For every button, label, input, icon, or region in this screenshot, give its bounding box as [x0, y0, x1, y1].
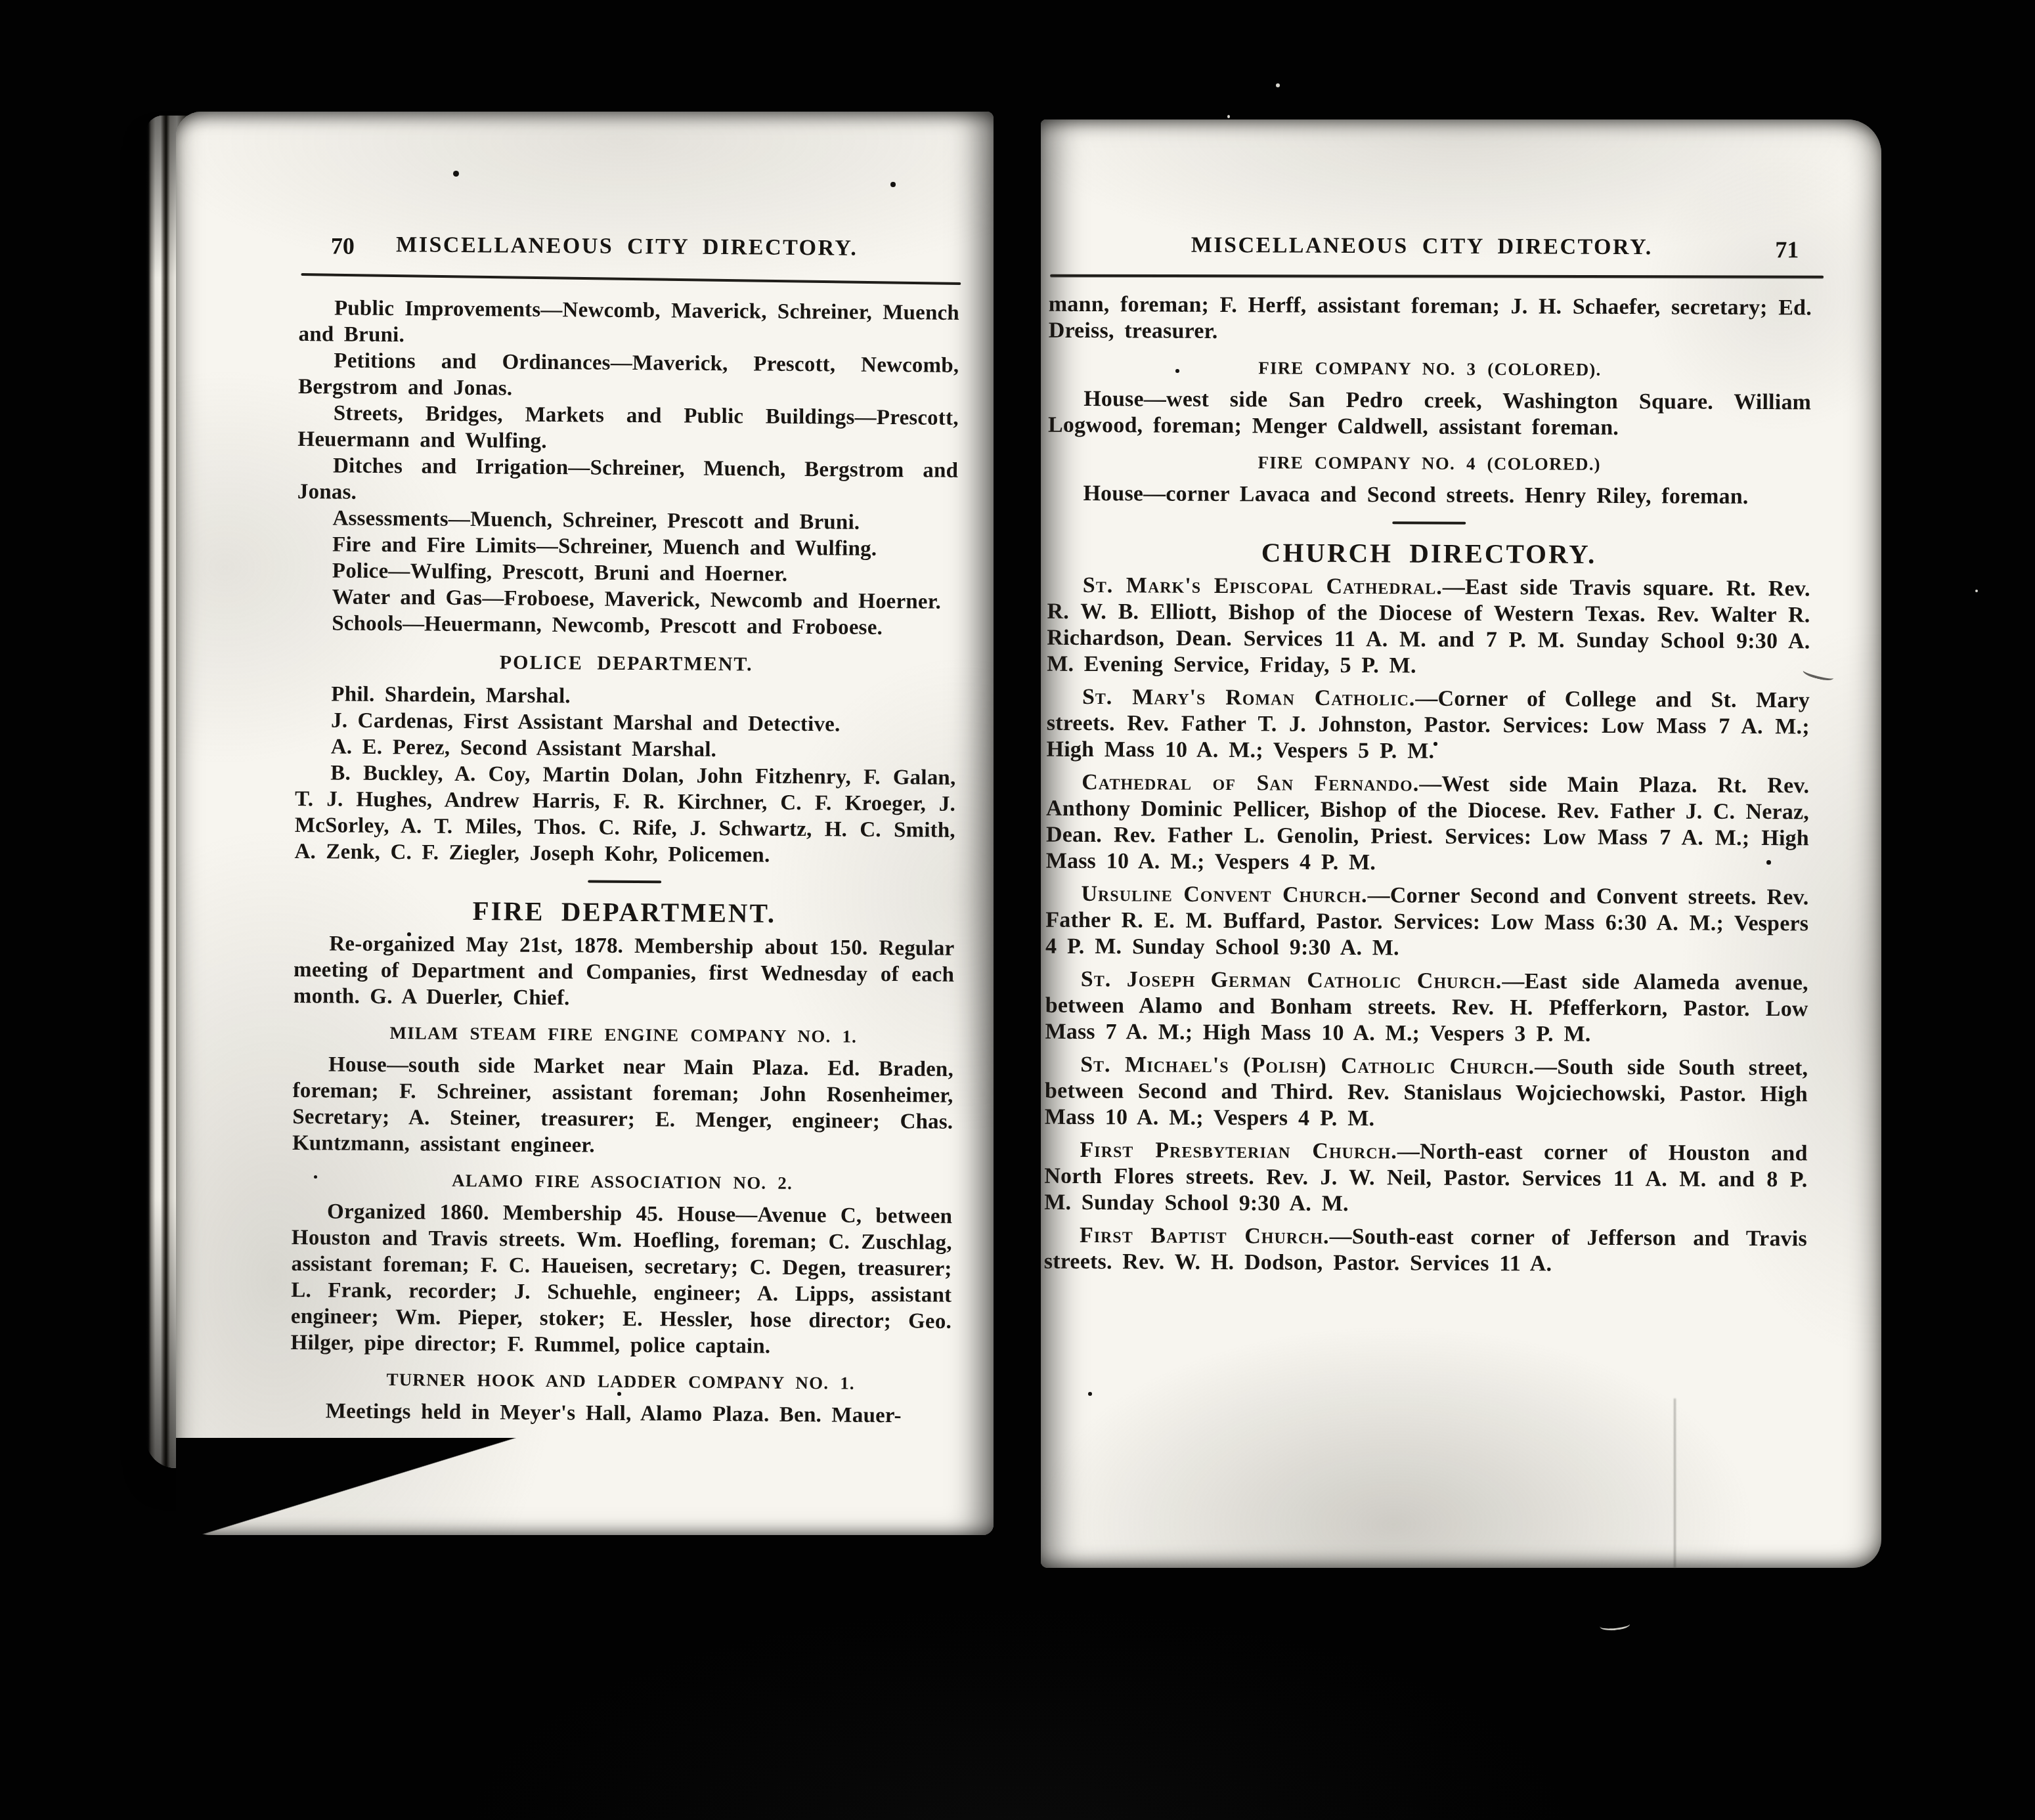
- paper-crease: [1674, 1398, 1676, 1568]
- church-entry: Ursuline Convent Church.—Corner Second a…: [1045, 881, 1809, 964]
- committee-paragraph: Petitions and Ordinances—Maverick, Presc…: [298, 347, 959, 405]
- church-entry: St. Mary's Roman Catholic.—Corner of Col…: [1046, 684, 1810, 767]
- right-page-content: MISCELLANEOUS CITY DIRECTORY. 71 mann, f…: [1034, 119, 1882, 1572]
- left-page-content: 70 MISCELLANEOUS CITY DIRECTORY. Public …: [166, 112, 995, 1542]
- fire-department-heading: FIRE DEPARTMENT.: [294, 896, 955, 928]
- committee-paragraph: Public Improvements—Newcomb, Maverick, S…: [299, 295, 960, 353]
- church-entry-name: Ursuline Convent Church.: [1081, 882, 1367, 907]
- church-entry: St. Mark's Episcopal Cathedral.—East sid…: [1047, 573, 1810, 682]
- page-number-right: 71: [1775, 236, 1799, 263]
- ink-speck: [407, 932, 411, 936]
- fire-department-intro: Re-organized May 21st, 1878. Membership …: [294, 930, 955, 1014]
- ink-speck: [890, 182, 896, 187]
- milam-company-heading: MILAM STEAM FIRE ENGINE COMPANY NO. 1.: [293, 1019, 953, 1051]
- ink-speck: [617, 1392, 621, 1396]
- turner-company-text: Meetings held in Meyer's Hall, Alamo Pla…: [290, 1398, 951, 1429]
- ink-speck: [453, 171, 459, 177]
- dust-speck: [1227, 115, 1230, 118]
- church-entry-name: St. Mark's Episcopal Cathedral.: [1083, 573, 1443, 599]
- fire-company-4-heading: FIRE COMPANY NO. 4 (COLORED.): [1048, 448, 1811, 479]
- alamo-association-text: Organized 1860. Membership 45. House—Ave…: [290, 1198, 952, 1361]
- right-page: MISCELLANEOUS CITY DIRECTORY. 71 mann, f…: [1041, 119, 1881, 1568]
- fire-company-3-text: House—west side San Pedro creek, Washing…: [1048, 386, 1811, 443]
- police-department-heading: POLICE DEPARTMENT.: [296, 648, 957, 680]
- church-entry: First Presbyterian Church.—North-east co…: [1044, 1137, 1808, 1220]
- church-entry: First Baptist Church.—South-east corner …: [1044, 1223, 1807, 1279]
- left-text-column: Public Improvements—Newcomb, Maverick, S…: [290, 295, 959, 1429]
- ink-speck: [1766, 860, 1771, 865]
- header-rule-right: [1050, 274, 1824, 278]
- committee-paragraph: Schools—Heuermann, Newcomb, Prescott and…: [296, 610, 957, 641]
- committee-paragraph: Ditches and Irrigation—Schreiner, Muench…: [297, 452, 959, 510]
- ink-speck: [314, 1175, 317, 1179]
- left-page-header: 70 MISCELLANEOUS CITY DIRECTORY.: [299, 232, 955, 267]
- running-title-right: MISCELLANEOUS CITY DIRECTORY.: [1061, 232, 1783, 261]
- church-entry-name: St. Mary's Roman Catholic.: [1082, 685, 1416, 710]
- church-entry-name: Cathedral of San Fernando.: [1082, 770, 1419, 796]
- church-entry-name: St. Michael's (Polish) Catholic Church.: [1080, 1052, 1535, 1079]
- ink-speck: [1175, 369, 1179, 373]
- left-page: 70 MISCELLANEOUS CITY DIRECTORY. Public …: [176, 112, 994, 1535]
- continuation-paragraph: mann, foreman; F. Herff, assistant forem…: [1049, 292, 1812, 348]
- church-entry: Cathedral of San Fernando.—West side Mai…: [1046, 769, 1810, 878]
- section-separator: [1392, 521, 1466, 525]
- book-scan: 70 MISCELLANEOUS CITY DIRECTORY. Public …: [0, 0, 2035, 1820]
- page-bottom-shadow-wedge: [176, 1438, 517, 1543]
- church-entry-name: St. Joseph German Catholic Church.: [1081, 967, 1502, 993]
- right-text-column: mann, foreman; F. Herff, assistant forem…: [1044, 292, 1812, 1279]
- header-rule-left: [301, 273, 961, 285]
- milam-company-text: House—south side Market near Main Plaza.…: [292, 1051, 953, 1161]
- right-page-header: MISCELLANEOUS CITY DIRECTORY. 71: [1061, 232, 1783, 266]
- page-number-left: 70: [331, 232, 355, 259]
- scratch-arc: [1599, 1619, 1630, 1632]
- dust-speck: [1276, 83, 1280, 87]
- police-officer-line: B. Buckley, A. Coy, Martin Dolan, John F…: [294, 760, 955, 870]
- dust-speck: [1975, 590, 1978, 592]
- fire-company-4-text: House—corner Lavaca and Second streets. …: [1047, 481, 1810, 511]
- church-entry: St. Michael's (Polish) Catholic Church.—…: [1045, 1052, 1808, 1135]
- alamo-association-heading: ALAMO FIRE ASSOCIATION NO. 2.: [292, 1166, 952, 1198]
- ink-speck: [1088, 1392, 1092, 1396]
- church-entry-name: First Baptist Church.: [1080, 1223, 1330, 1249]
- fire-company-3-heading: FIRE COMPANY NO. 3 (COLORED).: [1048, 354, 1811, 384]
- ink-speck: [1433, 742, 1437, 746]
- section-separator: [588, 880, 661, 883]
- committee-paragraph: Streets, Bridges, Markets and Public Bui…: [297, 400, 959, 458]
- church-entry: St. Joseph German Catholic Church.—East …: [1045, 966, 1808, 1049]
- running-title-left: MISCELLANEOUS CITY DIRECTORY.: [299, 232, 955, 262]
- church-entry-name: First Presbyterian Church.: [1080, 1138, 1397, 1163]
- church-directory-heading: CHURCH DIRECTORY.: [1047, 538, 1810, 569]
